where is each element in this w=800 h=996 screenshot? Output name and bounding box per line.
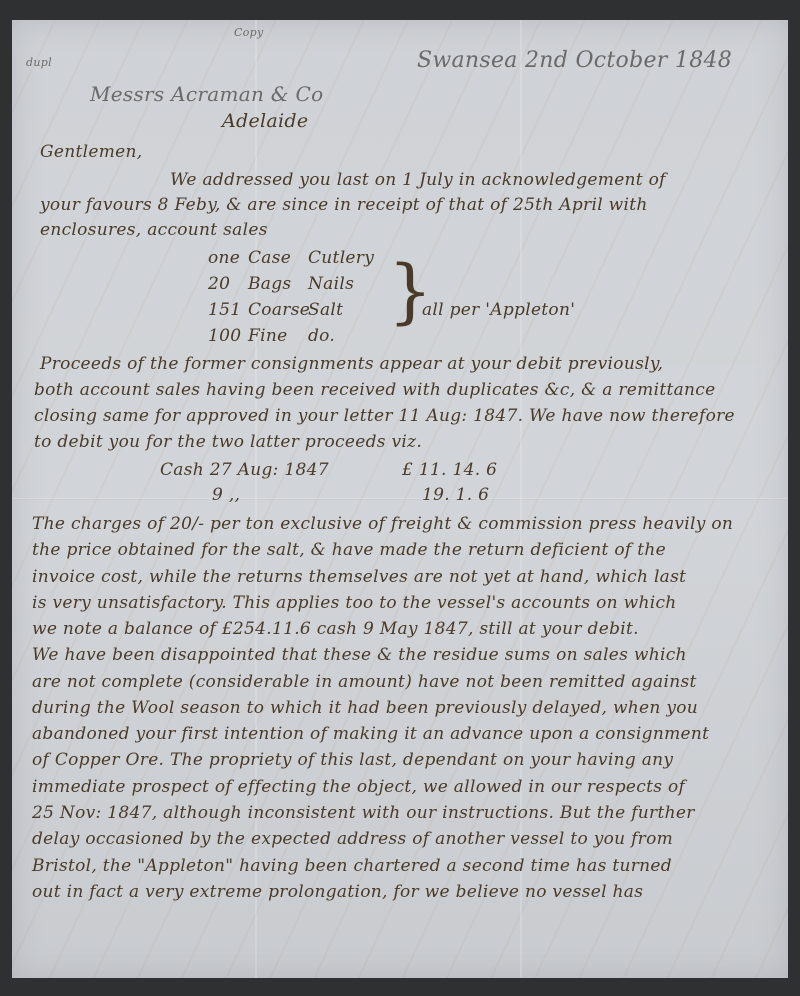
body-line: 25 Nov: 1847, although inconsistent with… bbox=[32, 803, 695, 823]
body-line: delay occasioned by the expected address… bbox=[32, 829, 673, 849]
item-qty: one bbox=[208, 248, 240, 268]
body-line: Proceeds of the former consignments appe… bbox=[40, 354, 663, 374]
body-line: abandoned your first intention of making… bbox=[32, 724, 709, 744]
item-qty: 20 bbox=[208, 274, 230, 294]
body-line: The charges of 20/- per ton exclusive of… bbox=[32, 514, 733, 534]
body-line: enclosures, account sales bbox=[40, 220, 268, 240]
item-desc: Salt bbox=[308, 300, 343, 320]
body-line: of Copper Ore. The propriety of this las… bbox=[32, 750, 673, 770]
body-line: both account sales having been received … bbox=[34, 380, 715, 400]
body-line: your favours 8 Feby, & are since in rece… bbox=[40, 195, 648, 215]
margin-note: dupl bbox=[26, 56, 52, 69]
ledger-label: 9 ,, bbox=[212, 485, 240, 505]
body-line: Bristol, the "Appleton" having been char… bbox=[32, 856, 672, 876]
copy-mark: Copy bbox=[234, 26, 264, 39]
item-unit: Coarse bbox=[248, 300, 310, 320]
body-line: we note a balance of £254.11.6 cash 9 Ma… bbox=[32, 619, 639, 639]
ledger-amount: £ 11. 14. 6 bbox=[402, 460, 497, 480]
item-unit: Bags bbox=[248, 274, 291, 294]
salutation: Gentlemen, bbox=[40, 142, 142, 162]
body-line: immediate prospect of effecting the obje… bbox=[32, 777, 685, 797]
body-line: out in fact a very extreme prolongation,… bbox=[32, 882, 643, 902]
ledger-label: Cash 27 Aug: 1847 bbox=[160, 460, 329, 480]
letter-page: dupl Copy Swansea 2nd October 1848 Messr… bbox=[12, 20, 788, 978]
items-note: all per 'Appleton' bbox=[422, 300, 575, 320]
item-desc: do. bbox=[308, 326, 335, 346]
ledger-amount: 19. 1. 6 bbox=[422, 485, 489, 505]
item-qty: 100 bbox=[208, 326, 241, 346]
body-line: We have been disappointed that these & t… bbox=[32, 645, 687, 665]
addressee-city: Adelaide bbox=[222, 110, 308, 132]
item-desc: Nails bbox=[308, 274, 354, 294]
body-line: We addressed you last on 1 July in ackno… bbox=[170, 170, 666, 190]
body-line: are not complete (considerable in amount… bbox=[32, 672, 697, 692]
item-unit: Fine bbox=[248, 326, 287, 346]
item-qty: 151 bbox=[208, 300, 241, 320]
body-line: to debit you for the two latter proceeds… bbox=[34, 432, 422, 452]
body-line: is very unsatisfactory. This applies too… bbox=[32, 593, 677, 613]
body-line: closing same for approved in your letter… bbox=[34, 406, 735, 426]
body-line: invoice cost, while the returns themselv… bbox=[32, 567, 686, 587]
item-desc: Cutlery bbox=[308, 248, 374, 268]
item-unit: Case bbox=[248, 248, 291, 268]
place-date: Swansea 2nd October 1848 bbox=[417, 48, 732, 73]
addressee: Messrs Acraman & Co bbox=[90, 82, 323, 106]
body-line: the price obtained for the salt, & have … bbox=[32, 540, 666, 560]
fold-line-horizontal bbox=[12, 498, 788, 500]
body-line: during the Wool season to which it had b… bbox=[32, 698, 698, 718]
